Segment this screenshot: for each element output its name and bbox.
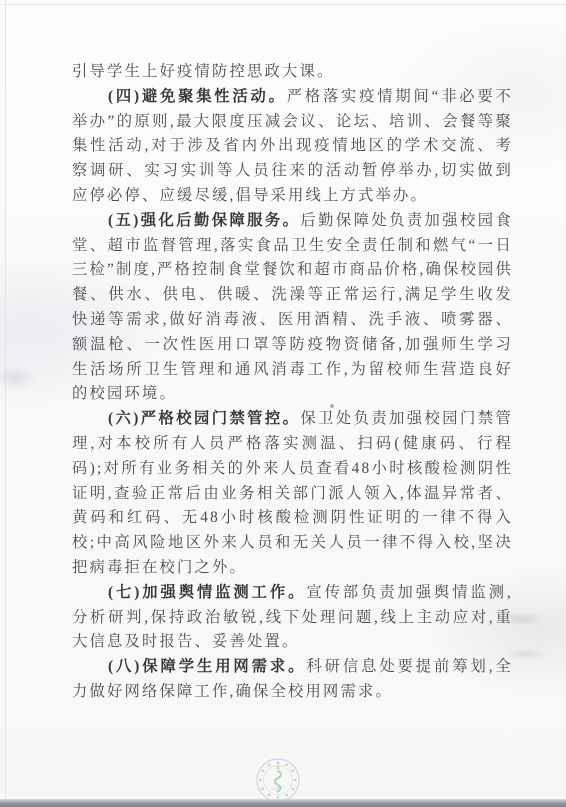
paragraph-continuation: 引导学生上好疫情防控思政大课。: [72, 60, 513, 85]
ink-speck: [330, 404, 334, 408]
paragraph-text: 引导学生上好疫情防控思政大课。: [72, 63, 334, 80]
paragraph-text: 保卫处负责加强校园门禁管理,对本校所有人员严格落实测温、扫码(健康码、行程码);…: [72, 410, 513, 576]
scanned-document-page: 引导学生上好疫情防控思政大课。 (四)避免聚集性活动。严格落实疫情期间“非必要不…: [0, 0, 566, 807]
document-body-text: 引导学生上好疫情防控思政大课。 (四)避免聚集性活动。严格落实疫情期间“非必要不…: [72, 60, 513, 705]
school-seal-watermark-icon: [255, 757, 301, 803]
section-heading: (五)强化后勤保障服务。: [108, 212, 300, 229]
paragraph-section-7: (七)加强舆情监测工作。宣传部负责加强舆情监测,分析研判,保持政治敏锐,线下处理…: [72, 581, 513, 655]
section-heading: (四)避免聚集性活动。: [108, 88, 287, 105]
scan-edge-top: [0, 4, 566, 5]
paragraph-text: 后勤保障处负责加强校园食堂、超市监督管理,落实食品卫生安全责任制和燃气“一日三检…: [72, 212, 513, 403]
scanner-dark-strip: [0, 799, 566, 807]
paragraph-section-8: (八)保障学生用网需求。科研信息处要提前筹划,全力做好网络保障工作,确保全校用网…: [72, 655, 513, 705]
paragraph-section-6: (六)严格校园门禁管控。保卫处负责加强校园门禁管理,对本校所有人员严格落实测温、…: [72, 407, 513, 581]
paragraph-text: 严格落实疫情期间“非必要不举办”的原则,最大限度压减会议、论坛、培训、会餐等聚集…: [72, 88, 513, 204]
section-heading: (七)加强舆情监测工作。: [108, 584, 306, 601]
scan-edge-left: [5, 0, 6, 800]
paragraph-section-5: (五)强化后勤保障服务。后勤保障处负责加强校园食堂、超市监督管理,落实食品卫生安…: [72, 209, 513, 407]
paragraph-section-4: (四)避免聚集性活动。严格落实疫情期间“非必要不举办”的原则,最大限度压减会议、…: [72, 85, 513, 209]
section-heading: (八)保障学生用网需求。: [108, 658, 306, 675]
scan-smudge: [0, 365, 36, 391]
section-heading: (六)严格校园门禁管控。: [108, 410, 300, 427]
